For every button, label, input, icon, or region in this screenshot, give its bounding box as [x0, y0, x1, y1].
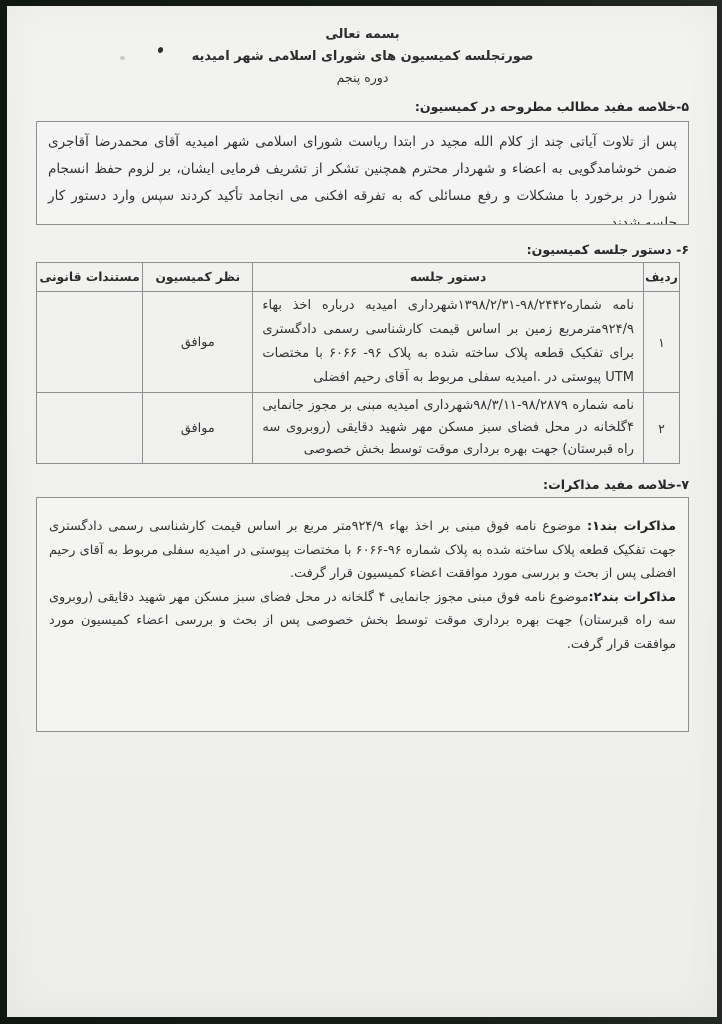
- minutes-item-2-label: مذاکرات بند۲:: [588, 590, 676, 605]
- table-header-row: ردیف دستور جلسه نظر کمیسیون مستندات قانو…: [37, 263, 680, 292]
- section5-heading: ۵-خلاصه مفید مطالب مطروحه در کمیسیون:: [36, 99, 689, 114]
- agenda-table: ردیف دستور جلسه نظر کمیسیون مستندات قانو…: [36, 262, 680, 464]
- paper-sheet: بسمه تعالی صورتجلسه کمیسیون های شورای اس…: [7, 6, 717, 1017]
- agenda-cell: نامه شماره ۹۸/۲۸۷۹-۹۸/۳/۱۱شهرداری امیدیه…: [253, 393, 644, 464]
- minutes-item-1-label: مذاکرات بند۱:: [587, 519, 676, 534]
- column-header-agenda: دستور جلسه: [253, 263, 644, 292]
- table-row: ۲ نامه شماره ۹۸/۲۸۷۹-۹۸/۳/۱۱شهرداری امید…: [37, 393, 680, 464]
- legal-docs-cell: [37, 292, 143, 393]
- section5-paragraph: پس از تلاوت آیاتی چند از کلام الله مجید …: [37, 122, 688, 225]
- bismillah-text: بسمه تعالی: [36, 27, 689, 42]
- minutes-item-2: مذاکرات بند۲:موضوع نامه فوق مبنی مجوز جا…: [37, 586, 688, 657]
- ink-speck-faint: [120, 56, 125, 60]
- section7-box: مذاکرات بند۱: موضوع نامه فوق مبنی بر اخذ…: [36, 497, 689, 732]
- table-row: ۱ نامه شماره۹۸/۲۴۴۲-۱۳۹۸/۲/۳۱شهرداری امی…: [37, 292, 680, 393]
- section6-heading: ۶- دستور جلسه کمیسیون:: [36, 242, 689, 257]
- column-header-commission-opinion: نظر کمیسیون: [143, 263, 253, 292]
- minutes-item-1-text: موضوع نامه فوق مبنی بر اخذ بهاء ۹۲۴/۹متر…: [49, 519, 676, 581]
- minutes-item-1: مذاکرات بند۱: موضوع نامه فوق مبنی بر اخذ…: [37, 498, 688, 586]
- scanned-document-page: بسمه تعالی صورتجلسه کمیسیون های شورای اس…: [0, 0, 722, 1024]
- column-header-legal-docs: مستندات قانونی: [37, 263, 143, 292]
- column-header-row-number: ردیف: [643, 263, 679, 292]
- page-content: بسمه تعالی صورتجلسه کمیسیون های شورای اس…: [7, 6, 717, 732]
- section5-box: پس از تلاوت آیاتی چند از کلام الله مجید …: [36, 121, 689, 225]
- term-label: دوره پنجم: [36, 70, 689, 85]
- section7-heading: ۷-خلاصه مفید مذاکرات:: [36, 477, 689, 492]
- row-number-cell: ۱: [643, 292, 679, 393]
- agenda-cell: نامه شماره۹۸/۲۴۴۲-۱۳۹۸/۲/۳۱شهرداری امیدی…: [253, 292, 644, 393]
- opinion-cell: موافق: [143, 393, 253, 464]
- document-title: صورتجلسه کمیسیون های شورای اسلامی شهر ام…: [36, 49, 689, 64]
- legal-docs-cell: [37, 393, 143, 464]
- minutes-item-2-text: موضوع نامه فوق مبنی مجوز جانمایی ۴ گلخان…: [49, 590, 676, 652]
- row-number-cell: ۲: [643, 393, 679, 464]
- opinion-cell: موافق: [143, 292, 253, 393]
- document-header: بسمه تعالی صورتجلسه کمیسیون های شورای اس…: [36, 27, 689, 85]
